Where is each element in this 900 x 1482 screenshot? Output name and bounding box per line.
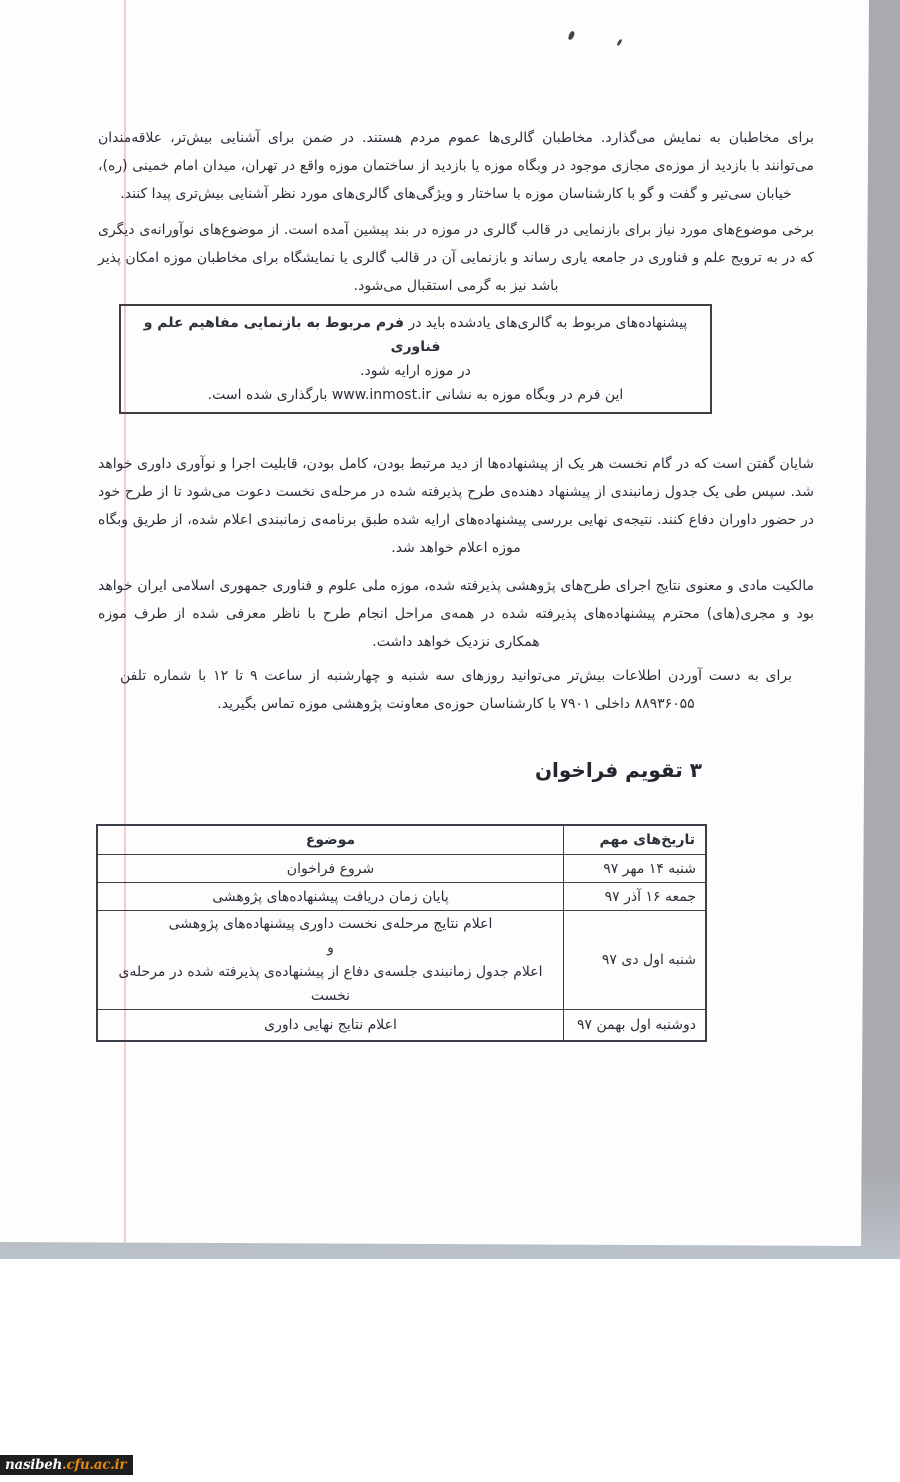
table-row: شنبه اول دی ۹۷ اعلام نتایج مرحله‌ی نخست …: [97, 911, 706, 1010]
watermark-badge: nasibeh.cfu.ac.ir: [0, 1455, 133, 1475]
cell-subject: اعلام نتایج مرحله‌ی نخست داوری پیشنهاده‌…: [97, 911, 564, 1010]
cell-subject-line: اعلام جدول زمانبندی جلسه‌ی دفاع از پیشنه…: [104, 960, 557, 1008]
cell-date: جمعه ۱۶ آذر ۹۷: [564, 883, 707, 911]
cell-subject: پایان زمان دریافت پیشنهاده‌های پژوهشی: [97, 883, 564, 911]
watermark-site-domain: .cfu.ac.ir: [62, 1457, 126, 1473]
notice-line-1: پیشنهاده‌های مربوط به گالری‌های یادشده ب…: [131, 311, 700, 359]
paragraph-evaluation-process: شایان گفتن است که در گام نخست هر یک از پ…: [98, 450, 814, 562]
cell-subject-line: اعلام نتایج مرحله‌ی نخست داوری پیشنهاده‌…: [104, 912, 557, 936]
notice-line-3: این فرم در وبگاه موزه به نشانی www.inmos…: [131, 383, 700, 407]
column-header-important-dates: تاریخ‌های مهم: [564, 825, 707, 855]
table-row: جمعه ۱۶ آذر ۹۷ پایان زمان دریافت پیشنهاد…: [97, 883, 706, 911]
notice-line-2: در موزه ارایه شود.: [131, 359, 700, 383]
notice-line-3-tail: بارگذاری شده است.: [208, 387, 332, 403]
scanned-document-screenshot: برای مخاطبان به نمایش می‌گذارد. مخاطبان …: [0, 0, 900, 1482]
table-row: دوشنبه اول بهمن ۹۷ اعلام نتایج نهایی داو…: [97, 1010, 706, 1042]
notice-line-3-text: این فرم در وبگاه موزه به نشانی: [431, 387, 623, 403]
paragraph-gallery-audience: برای مخاطبان به نمایش می‌گذارد. مخاطبان …: [98, 124, 814, 208]
cell-subject: شروع فراخوان: [97, 855, 564, 883]
schedule-table: تاریخ‌های مهم موضوع شنبه ۱۴ مهر ۹۷ شروع …: [96, 824, 707, 1042]
table-row: شنبه ۱۴ مهر ۹۷ شروع فراخوان: [97, 855, 706, 883]
museum-website-url: www.inmost.ir: [332, 387, 431, 403]
scan-speck-artifact: [617, 39, 623, 47]
cell-subject-line: و: [104, 936, 557, 960]
notice-line-1-bold-phrase: فرم مربوط به بازنمایی مفاهیم علم و فناور…: [144, 315, 441, 355]
cell-date: دوشنبه اول بهمن ۹۷: [564, 1010, 707, 1042]
scan-speck-artifact: [568, 31, 575, 41]
column-header-subject: موضوع: [97, 825, 564, 855]
cell-subject: اعلام نتایج نهایی داوری: [97, 1010, 564, 1042]
document-content: برای مخاطبان به نمایش می‌گذارد. مخاطبان …: [98, 124, 814, 1042]
paragraph-contact-info: برای به دست آوردن اطلاعات بیش‌تر می‌توان…: [120, 662, 792, 718]
cell-date: شنبه اول دی ۹۷: [564, 911, 707, 1010]
section-heading-calendar: ۳ تقویم فراخوان: [535, 756, 702, 784]
paragraph-ip-ownership: مالکیت مادی و معنوی نتایج اجرای طرح‌های …: [98, 572, 814, 656]
notice-line-1-text: پیشنهاده‌های مربوط به گالری‌های یادشده ب…: [404, 315, 687, 331]
notice-box: پیشنهاده‌های مربوط به گالری‌های یادشده ب…: [119, 304, 712, 414]
watermark-site-name: nasibeh: [5, 1457, 62, 1473]
paragraph-innovative-topics: برخی موضوع‌های مورد نیاز برای بازنمایی د…: [98, 216, 814, 300]
cell-date: شنبه ۱۴ مهر ۹۷: [564, 855, 707, 883]
table-header-row: تاریخ‌های مهم موضوع: [97, 825, 706, 855]
document-page: برای مخاطبان به نمایش می‌گذارد. مخاطبان …: [0, 0, 870, 1247]
